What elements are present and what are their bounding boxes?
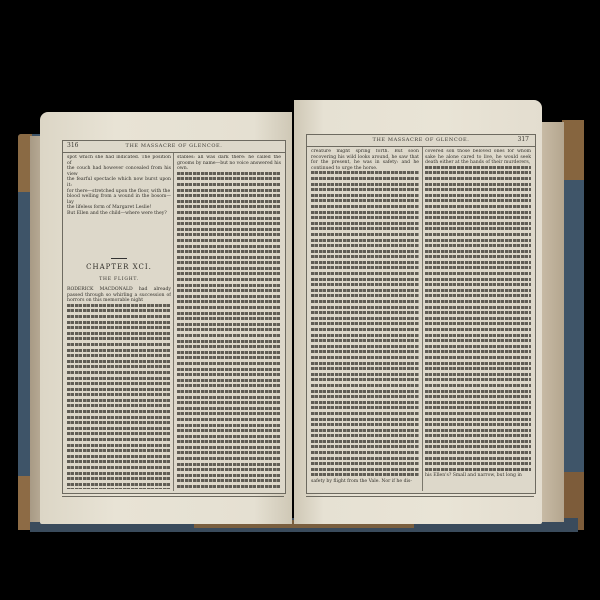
body-text: RODERICK MACDONALD had already passed th…: [67, 287, 171, 489]
text-column: covered son those beloved ones for whom …: [425, 149, 531, 489]
book-cover-right: [562, 120, 584, 530]
page-number: 317: [518, 136, 529, 143]
chapter-heading: CHAPTER XCI.: [67, 265, 171, 271]
book-photo: 316 THE MASSACRE OF GLENCOE. spot which …: [0, 0, 600, 600]
page-block-right: [540, 122, 564, 522]
right-text-block: THE MASSACRE OF GLENCOE. 317 creature mi…: [306, 134, 536, 494]
text-column: spot which she had indicated. The positi…: [67, 155, 171, 489]
text-column: stables: all was dark there: he called t…: [177, 155, 281, 489]
chapter-ornament: [111, 258, 127, 260]
leather-corner: [562, 120, 584, 180]
right-page: THE MASSACRE OF GLENCOE. 317 creature mi…: [294, 100, 542, 524]
left-text-block: 316 THE MASSACRE OF GLENCOE. spot which …: [62, 140, 286, 494]
chapter-subtitle: THE FLIGHT.: [67, 277, 171, 283]
text-column: creature might spring forth. But soon re…: [311, 149, 419, 489]
left-page: 316 THE MASSACRE OF GLENCOE. spot which …: [40, 112, 292, 524]
